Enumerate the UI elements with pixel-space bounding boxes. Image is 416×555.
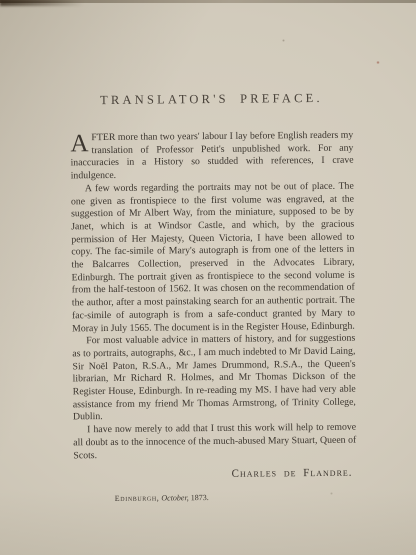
paragraph: For most valuable advice in matters of h… [72, 333, 356, 425]
page-content: TRANSLATOR'S PREFACE. AFTER more than tw… [69, 0, 357, 504]
signature: Charles de Flandre. [74, 467, 357, 482]
dateline-place: Edinburgh, [115, 494, 160, 503]
dateline-month: October, [161, 494, 188, 503]
page-title: TRANSLATOR'S PREFACE. [70, 91, 353, 109]
paragraph: AFTER more than two years' labour I lay … [70, 130, 353, 184]
dateline: Edinburgh, October, 1873. [74, 492, 357, 504]
page-speck [376, 61, 380, 64]
body-text: AFTER more than two years' labour I lay … [70, 130, 356, 463]
book-page-photo: TRANSLATOR'S PREFACE. AFTER more than tw… [0, 0, 416, 555]
dateline-year: 1873. [191, 493, 209, 502]
paragraph: I have now merely to add that I trust th… [73, 422, 356, 463]
dropcap-letter: A [70, 132, 91, 155]
book-page: TRANSLATOR'S PREFACE. AFTER more than tw… [0, 0, 416, 555]
paragraph: A few words regarding the portraits may … [71, 180, 355, 335]
paragraph-text: FTER more than two years' labour I lay b… [71, 130, 354, 182]
